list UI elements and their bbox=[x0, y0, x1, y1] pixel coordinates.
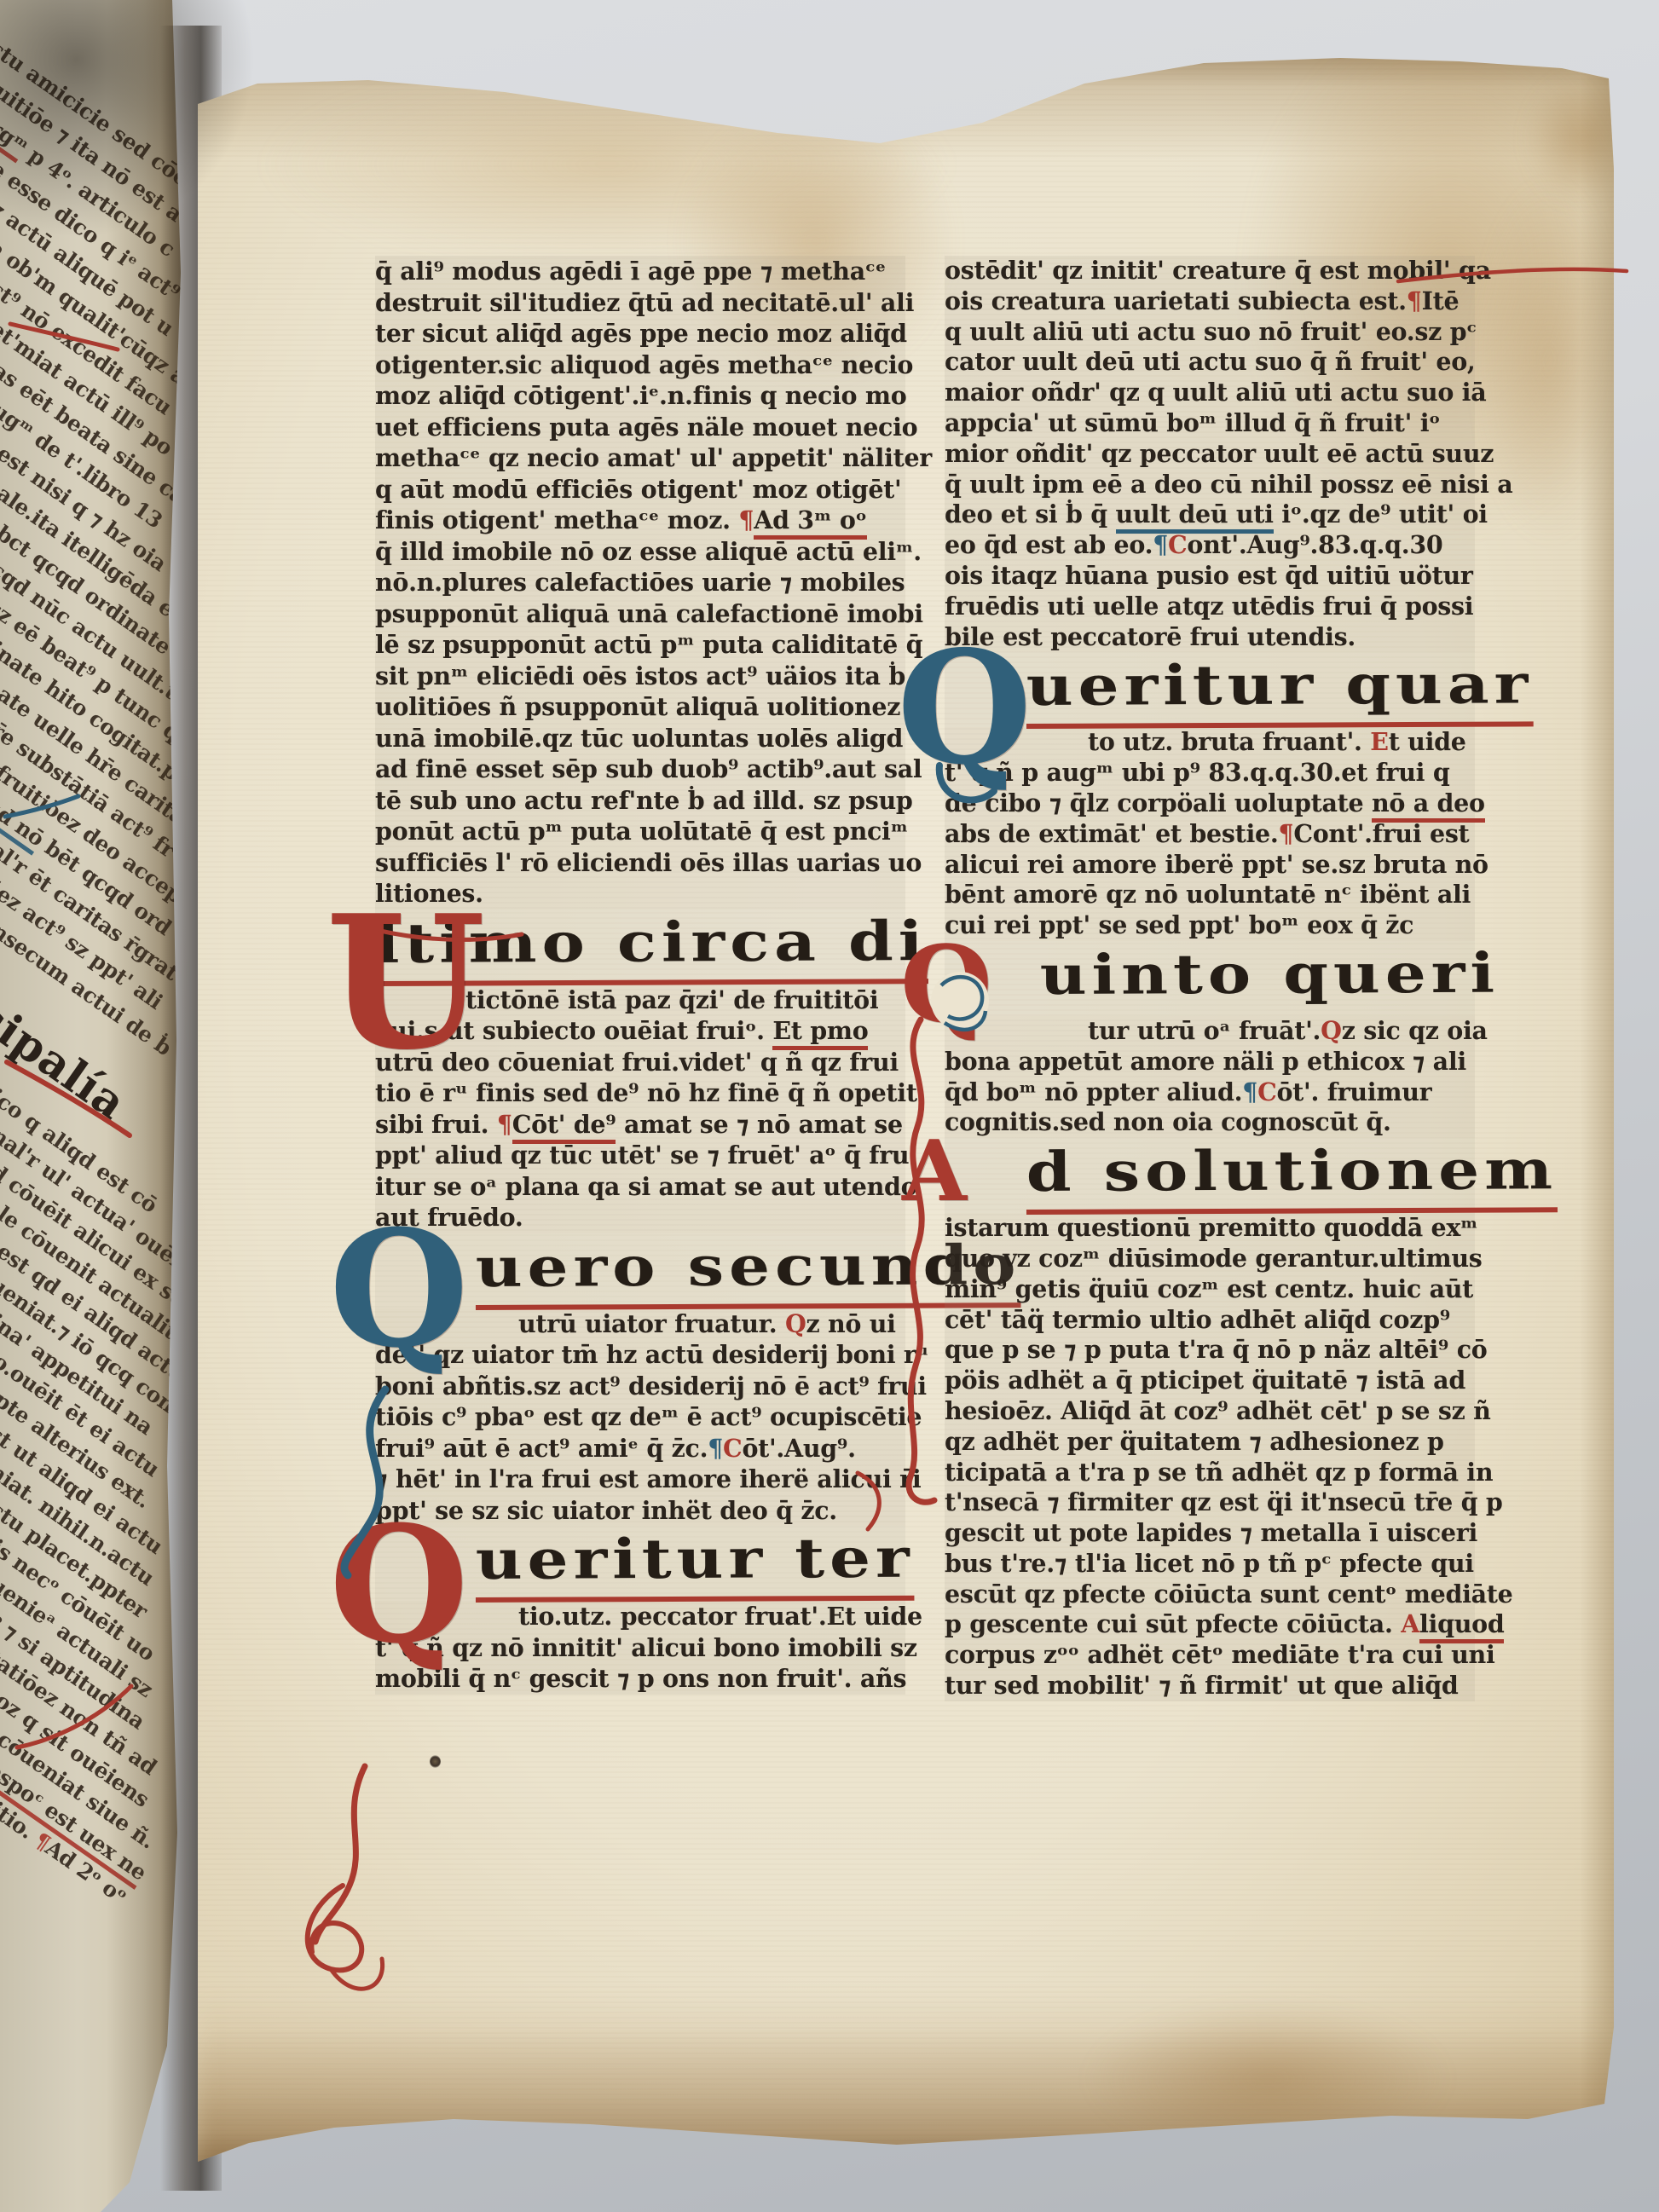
section-ter: Queritur tertio.utz. peccator fruat'.Et … bbox=[375, 1526, 905, 1695]
text-line: q̄ uult ipm eē a deo cū nihil possz eē n… bbox=[945, 470, 1475, 500]
text-line: sufficiēs l' rō eliciendi oēs illas uari… bbox=[375, 847, 905, 879]
section-heading-text: d solutionem bbox=[1026, 1135, 1558, 1215]
pilcrow-mark: ¶ bbox=[1407, 286, 1422, 315]
text-line: lē sz psupponūt actū pᵐ puta caliditatē … bbox=[375, 629, 905, 661]
section-heading: uinto queri bbox=[945, 941, 1475, 1016]
section-lines: tur utrū oᵃ fruāt'.Qz sic qz oiabona app… bbox=[945, 1016, 1475, 1138]
text-segment: C bbox=[723, 1434, 742, 1463]
text-line: otigenter.sic aliquod agēs methaᶜᵉ necio bbox=[375, 349, 905, 381]
section-ultimo: Ultimo circa ditictōnē istā paz q̄zi' de… bbox=[375, 910, 905, 1233]
illuminated-initial: Q bbox=[329, 1509, 468, 1662]
text-line: deo et si ḃ q̄ uult deū uti iᵒ.qz de⁹ ut… bbox=[945, 500, 1475, 530]
text-segment: A bbox=[0, 388, 2, 418]
text-line: cognitis.sed non oia cognoscūt q̄. bbox=[945, 1107, 1475, 1138]
water-stain bbox=[1084, 2001, 1451, 2155]
section-lines: istarum questionū premitto quoddā exᵐquo… bbox=[945, 1213, 1475, 1701]
text-line: uolitiōes ñ psupponūt aliquā uolitionez bbox=[375, 691, 905, 723]
text-line: cui rei ppt' se sed ppt' boᵐ eox q̄ z̄c bbox=[945, 910, 1475, 941]
book-photo: actu amicicie sed cōcfruitiōe ⁊ ita nō e… bbox=[0, 0, 1659, 2212]
text-line: ppt' aliud qz tūc utēt' se ⁊ fruēt' aᵒ q… bbox=[375, 1140, 905, 1171]
text-line: q̄d boᵐ nō ppter aliud.¶Cōt'. fruimur bbox=[945, 1077, 1475, 1108]
section-heading-text: uero secundo bbox=[475, 1231, 1020, 1310]
pilcrow-mark: ¶ bbox=[738, 505, 754, 534]
text-line: p gescente cui sūt pfecte cōiūcta. Aliqu… bbox=[945, 1609, 1475, 1640]
water-stain bbox=[1528, 75, 1639, 203]
text-segment: E bbox=[1370, 727, 1388, 756]
section-lines: ostēdit' qz initit' creature q̄ est mobi… bbox=[945, 256, 1475, 652]
text-line: finis otigent' methaᶜᵉ moz. ¶Ad 3ᵐ oᵒ bbox=[375, 505, 905, 536]
text-segment: Et pmo bbox=[772, 1016, 868, 1050]
text-line: ad finē esset sēp sub duob⁹ actib⁹.aut s… bbox=[375, 754, 905, 785]
text-line: methaᶜᵉ qz necio amat' ul' appetit' näli… bbox=[375, 442, 905, 474]
text-line: appcia' ut sūmū boᵐ illud q̄ ñ fruit' iᵒ bbox=[945, 408, 1475, 439]
pilcrow-mark: ¶ bbox=[497, 1110, 512, 1139]
wormhole bbox=[430, 1755, 441, 1768]
text-segment: Q bbox=[785, 1309, 806, 1338]
text-line: uet efficiens puta agēs näle mouet necio bbox=[375, 412, 905, 443]
text-line: sit pnᵐ eliciēdi oēs istos act⁹ uäios it… bbox=[375, 661, 905, 692]
section-ad: Ad solutionemistarum questionū premitto … bbox=[945, 1138, 1475, 1701]
previous-page-edge: actu amicicie sed cōcfruitiōe ⁊ ita nō e… bbox=[0, 0, 205, 2212]
text-line: tur sed mobilit' ⁊ ñ firmit' ut que aliq… bbox=[945, 1671, 1475, 1701]
section-quinto: Quinto queritur utrū oᵃ fruāt'.Qz sic qz… bbox=[945, 941, 1475, 1138]
illuminated-initial: U bbox=[326, 898, 485, 1068]
text-line: ostēdit' qz initit' creature q̄ est mobi… bbox=[945, 256, 1475, 286]
text-line: istarum questionū premitto quoddā exᵐ bbox=[945, 1213, 1475, 1244]
text-line: ois itaqz hūana pusio est q̄d uitiū uötu… bbox=[945, 561, 1475, 592]
text-line: sibi frui. ¶Cōt' de⁹ amat se ⁊ nō amat s… bbox=[375, 1109, 905, 1141]
text-line: moz aliq̄d cōtigent'.iᵉ.n.finis q necio … bbox=[375, 380, 905, 412]
text-column-right: ostēdit' qz initit' creature q̄ est mobi… bbox=[945, 256, 1475, 1701]
text-line: bona appetūt amore näli p ethicox ⁊ ali bbox=[945, 1047, 1475, 1077]
text-line: corpus zᵒᵒ adhët cētᵒ mediāte t'ra cui u… bbox=[945, 1640, 1475, 1671]
text-line: gescit ut pote lapides ⁊ metalla ī uisce… bbox=[945, 1518, 1475, 1549]
paragraph: ostēdit' qz initit' creature q̄ est mobi… bbox=[945, 256, 1475, 652]
text-line: tiōis c⁹ pbaᵒ est qz deᵐ ē act⁹ ocupiscē… bbox=[375, 1401, 905, 1433]
section-quero: Quero secundoutrū uiator fruatur. Qz nō … bbox=[375, 1233, 905, 1527]
text-segment: liquod bbox=[1419, 1609, 1504, 1643]
illuminated-initial: A bbox=[902, 1131, 967, 1213]
text-line: pöis adhët a q̄ pticipet q̈uitatē ⁊ istā… bbox=[945, 1366, 1475, 1396]
text-line: q uult aliū uti actu suo nō fruit' eo.sz… bbox=[945, 317, 1475, 348]
text-line: que p se ⁊ p puta t'ra q̄ nō p näz altēi… bbox=[945, 1335, 1475, 1366]
text-line: escūt qz pfecte cōiūcta sunt centᵒ mediā… bbox=[945, 1580, 1475, 1610]
text-line: ponūt actū pᵐ puta uolūtatē q̄ est pnciᵐ bbox=[375, 816, 905, 847]
illuminated-initial: Q bbox=[897, 633, 1032, 783]
text-segment: C bbox=[1257, 1077, 1276, 1106]
water-stain bbox=[257, 66, 957, 263]
text-line: bus t're.⁊ tl'ia licet nō p tñ pᶜ pfecte… bbox=[945, 1549, 1475, 1580]
paragraph: q̄ ali⁹ modus agēdi ī agē ppe ⁊ methaᶜᵉd… bbox=[375, 256, 905, 910]
text-line: q̄ ali⁹ modus agēdi ī agē ppe ⁊ methaᶜᵉ bbox=[375, 256, 905, 287]
text-line: nō.n.plures calefactiōes uarie ⁊ mobiles bbox=[375, 567, 905, 598]
text-column-left: q̄ ali⁹ modus agēdi ī agē ppe ⁊ methaᶜᵉd… bbox=[375, 256, 905, 1695]
illuminated-initial: Q bbox=[900, 934, 992, 1037]
text-line: min⁹ getis q̈uiū cozᵐ est centz. huic aū… bbox=[945, 1274, 1475, 1305]
text-line: alicui rei amore iberë ppt' se.sz bruta … bbox=[945, 850, 1475, 881]
pilcrow-mark: ¶ bbox=[30, 1828, 55, 1856]
text-segment: Q bbox=[1321, 1016, 1342, 1045]
text-segment: C bbox=[1168, 530, 1187, 559]
text-line: tur utrū oᵃ fruāt'.Qz sic qz oia bbox=[945, 1016, 1475, 1047]
text-line: hesioēz. Aliq̄d āt coz⁹ adhët cēt' p se … bbox=[945, 1396, 1475, 1427]
text-line: qz adhët per q̈uitatem ⁊ adhesionez p bbox=[945, 1427, 1475, 1458]
book-page: q̄ ali⁹ modus agēdi ī agē ppe ⁊ methaᶜᵉd… bbox=[198, 49, 1614, 2182]
section-heading-text: uinto queri bbox=[1039, 939, 1500, 1011]
section-lines: q̄ ali⁹ modus agēdi ī agē ppe ⁊ methaᶜᵉd… bbox=[375, 256, 905, 910]
text-segment: uult deū uti bbox=[1116, 500, 1274, 534]
text-line: destruit sil'itudiez q̄tū ad necitatē.ul… bbox=[375, 287, 905, 319]
text-line: t'nsecā ⁊ firmiter qz est q̈i it'nsecū t… bbox=[945, 1487, 1475, 1518]
section-quar: Queritur quarto utz. bruta fruant'. Et u… bbox=[945, 652, 1475, 941]
pilcrow-mark: ¶ bbox=[1153, 530, 1168, 559]
text-line: maior oñdr' qz q uult aliū uti actu suo … bbox=[945, 378, 1475, 408]
text-line: quo vz cozᵐ diūsimode gerantur.ultimus bbox=[945, 1244, 1475, 1274]
pilcrow-mark: ¶ bbox=[708, 1434, 723, 1463]
pilcrow-mark: ¶ bbox=[1278, 819, 1293, 848]
text-segment: A bbox=[1401, 1609, 1419, 1638]
section-heading-text: ueritur ter bbox=[475, 1524, 914, 1603]
text-line: mior oñdit' qz peccator uult eē actū suu… bbox=[945, 439, 1475, 470]
text-line: bēnt amorē qz nō uoluntatē nᶜ ibënt ali bbox=[945, 880, 1475, 910]
text-segment: Ad 3ᵐ oᵒ bbox=[754, 505, 866, 540]
text-line: q aūt modū efficiēs otigent' moz otigēt' bbox=[375, 474, 905, 505]
text-line: ticipatā a t'ra p se tñ adhët qz p formā… bbox=[945, 1458, 1475, 1488]
text-line: ois creatura uarietati subiecta est.¶Itē bbox=[945, 286, 1475, 317]
text-line: psupponūt aliquā unā calefactionē imobi bbox=[375, 598, 905, 630]
text-line: ter sicut aliq̄d agēs ppe necio moz aliq… bbox=[375, 318, 905, 349]
section-heading: d solutionem bbox=[945, 1138, 1475, 1213]
text-line: cēt' tāq̈ termio ultio adhēt aliq̄d cozp… bbox=[945, 1305, 1475, 1336]
illuminated-initial: Q bbox=[329, 1213, 468, 1366]
text-line: q̄ illd imobile nō oz esse aliquē actū e… bbox=[375, 536, 905, 568]
section-heading-text: ueritur quar bbox=[1026, 650, 1533, 730]
bottom-edge-browning bbox=[198, 1993, 1614, 2182]
text-segment: Cōt' de⁹ bbox=[512, 1110, 616, 1144]
text-line: cator uult deū uti actu suo q̄ ñ fruit' … bbox=[945, 347, 1475, 378]
text-line: tē sub uno actu ref'nte ḃ ad illd. sz ps… bbox=[375, 785, 905, 817]
text-line: frui⁹ aūt ē act⁹ amiᵉ q̄ z̄c.¶Cōt'.Aug⁹. bbox=[375, 1433, 905, 1464]
text-line: eo q̄d est ab eo.¶Cont'.Aug⁹.83.q.q.30 bbox=[945, 530, 1475, 561]
text-line: abs de extimāt' et bestie.¶Cont'.frui es… bbox=[945, 819, 1475, 850]
pilcrow-mark: ¶ bbox=[1242, 1077, 1257, 1106]
text-segment: nō a deo bbox=[1372, 788, 1485, 823]
text-line: unā imobilē.qz tūc uoluntas uolēs aligd bbox=[375, 723, 905, 754]
